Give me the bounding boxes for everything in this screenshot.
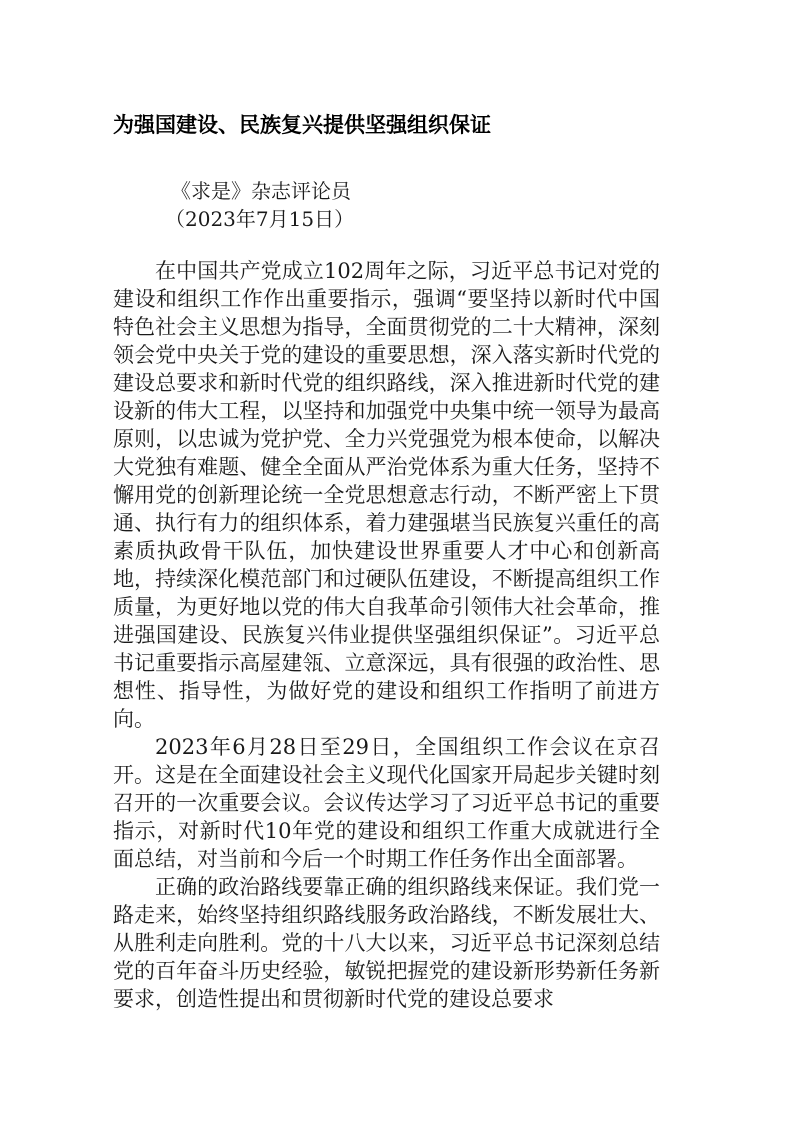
byline-date: （2023年7月15日）	[165, 205, 354, 233]
paragraph: 在中国共产党成立102周年之际，习近平总书记对党的建设和组织工作作出重要指示，强…	[113, 257, 660, 733]
paragraph: 2023年6月28日至29日，全国组织工作会议在京召开。这是在全面建设社会主义现…	[113, 733, 660, 873]
byline-block: 《求是》杂志评论员 （2023年7月15日）	[165, 177, 354, 233]
document-page: 为强国建设、民族复兴提供坚强组织保证 《求是》杂志评论员 （2023年7月15日…	[0, 0, 794, 1123]
article-body: 在中国共产党成立102周年之际，习近平总书记对党的建设和组织工作作出重要指示，强…	[113, 257, 660, 1013]
article-title: 为强国建设、民族复兴提供坚强组织保证	[113, 112, 491, 140]
paragraph: 正确的政治路线要靠正确的组织路线来保证。我们党一路走来，始终坚持组织路线服务政治…	[113, 873, 660, 1013]
byline-author: 《求是》杂志评论员	[165, 177, 354, 205]
